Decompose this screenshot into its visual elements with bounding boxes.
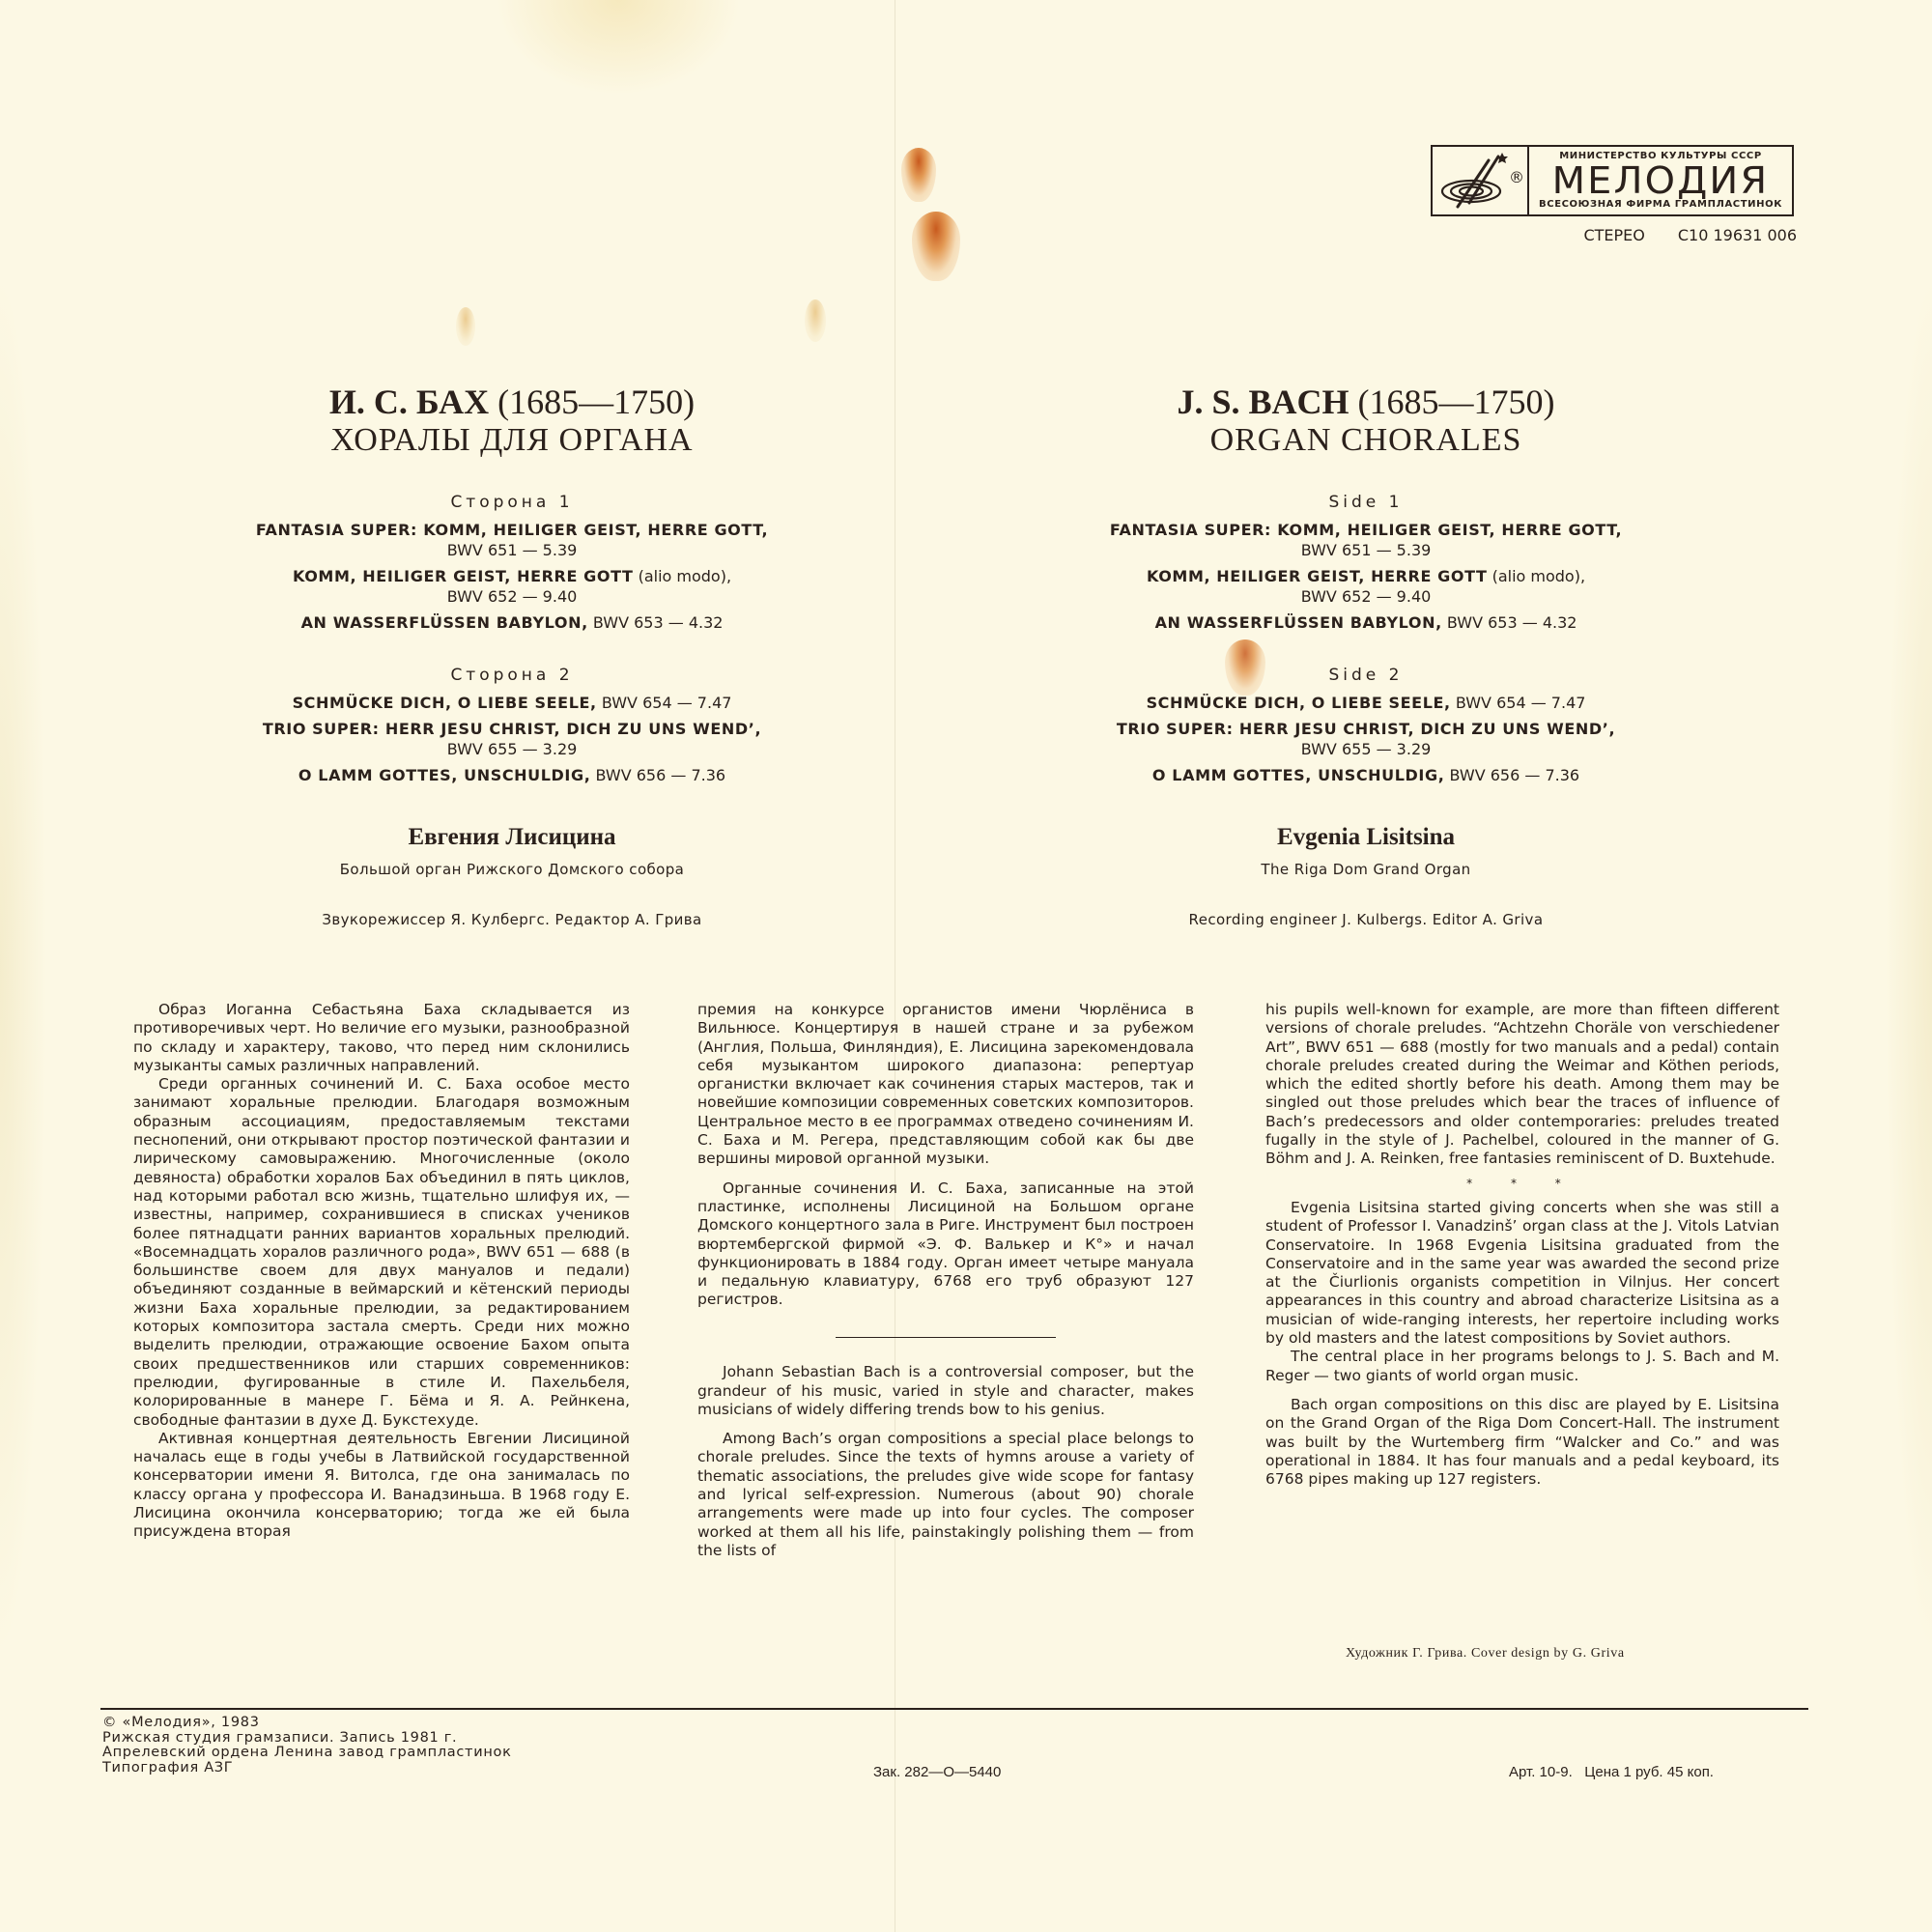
brand-name: МЕЛОДИЯ: [1552, 162, 1769, 199]
notes-paragraph: Evgenia Lisitsina started giving concert…: [1265, 1199, 1779, 1348]
track-item: AN WASSERFLÜSSEN BABYLON, BWV 653 — 4.32: [1028, 612, 1704, 633]
track-bwv-duration: BWV 652 — 9.40: [1301, 587, 1432, 606]
plant-text: Апрелевский ордена Ленина завод грамплас…: [102, 1746, 512, 1761]
side-label: Side 2: [1028, 666, 1704, 685]
track-item: AN WASSERFLÜSSEN BABYLON, BWV 653 — 4.32: [174, 612, 850, 633]
track-bwv-duration: BWV 656 — 7.36: [1449, 766, 1579, 784]
notes-paragraph: Активная концертная деятельность Евгении…: [133, 1430, 630, 1542]
notes-paragraph: his pupils well-known for example, are m…: [1265, 1001, 1779, 1169]
article-price: Арт. 10-9. Цена 1 руб. 45 коп.: [1509, 1764, 1714, 1780]
composer-years: (1685—1750): [497, 383, 695, 421]
album-title: ХОРАЛЫ ДЛЯ ОРГАНА: [174, 421, 850, 460]
track-item: SCHMÜCKE DICH, O LIEBE SEELE, BWV 654 — …: [1028, 693, 1704, 713]
notes-paragraph: Образ Иоганна Себастьяна Баха складывает…: [133, 1001, 630, 1075]
melodiya-emblem-icon: ®: [1433, 147, 1529, 214]
performer-name: Евгения Лисицина: [174, 824, 850, 851]
notes-paragraph: Johann Sebastian Bach is a controversial…: [697, 1363, 1194, 1419]
track-title: TRIO SUPER: HERR JESU CHRIST, DICH ZU UN…: [263, 720, 761, 738]
section-divider: [836, 1337, 1056, 1339]
track-bwv-duration: BWV 654 — 7.47: [602, 694, 732, 712]
side-label: Сторона 1: [174, 493, 850, 512]
track-item: FANTASIA SUPER: KOMM, HEILIGER GEIST, HE…: [1028, 520, 1704, 560]
composer-name: J. S. BACH: [1177, 383, 1349, 421]
album-title: ORGAN CHORALES: [1028, 421, 1704, 460]
track-title: SCHMÜCKE DICH, O LIEBE SEELE,: [1147, 694, 1451, 712]
english-block: J. S. BACH (1685—1750) ORGAN CHORALES Si…: [1028, 383, 1704, 928]
track-item: FANTASIA SUPER: KOMM, HEILIGER GEIST, HE…: [174, 520, 850, 560]
track-title: AN WASSERFLÜSSEN BABYLON,: [301, 613, 588, 632]
stain-spot: [912, 212, 960, 281]
composer-heading: И. С. БАХ (1685—1750): [174, 383, 850, 421]
track-title: O LAMM GOTTES, UNSCHULDIG,: [298, 766, 590, 784]
notes-column-2: премия на конкурсе органистов имени Чюрл…: [697, 1001, 1194, 1560]
track-item: O LAMM GOTTES, UNSCHULDIG, BWV 656 — 7.3…: [174, 765, 850, 785]
track-title: TRIO SUPER: HERR JESU CHRIST, DICH ZU UN…: [1117, 720, 1615, 738]
track-title: O LAMM GOTTES, UNSCHULDIG,: [1152, 766, 1444, 784]
order-number: Зак. 282—О—5440: [873, 1764, 1001, 1780]
notes-paragraph: Органные сочинения И. С. Баха, записанны…: [697, 1179, 1194, 1310]
track-bwv-duration: BWV 652 — 9.40: [447, 587, 578, 606]
track-bwv-duration: BWV 656 — 7.36: [595, 766, 725, 784]
track-bwv-duration: BWV 651 — 5.39: [447, 541, 578, 559]
notes-paragraph: Среди органных сочинений И. С. Баха особ…: [133, 1075, 630, 1430]
printer-text: Типография АЗГ: [102, 1761, 512, 1776]
footer-imprint: © «Мелодия», 1983 Рижская студия грамзап…: [102, 1716, 512, 1776]
studio-text: Рижская студия грамзаписи. Запись 1981 г…: [102, 1731, 512, 1747]
notes-paragraph: премия на конкурсе органистов имени Чюрл…: [697, 1001, 1194, 1169]
track-title: AN WASSERFLÜSSEN BABYLON,: [1155, 613, 1442, 632]
registered-mark: ®: [1509, 168, 1524, 186]
notes-column-1: Образ Иоганна Себастьяна Баха складывает…: [133, 1001, 630, 1542]
catalog-number: С10 19631 006: [1678, 226, 1797, 244]
credits-text: Recording engineer J. Kulbergs. Editor A…: [1028, 911, 1704, 928]
track-item: O LAMM GOTTES, UNSCHULDIG, BWV 656 — 7.3…: [1028, 765, 1704, 785]
track-bwv-duration: BWV 655 — 3.29: [1301, 740, 1432, 758]
track-title: FANTASIA SUPER: KOMM, HEILIGER GEIST, HE…: [1110, 521, 1622, 539]
side-label: Сторона 2: [174, 666, 850, 685]
composer-name: И. С. БАХ: [329, 383, 489, 421]
track-bwv-duration: BWV 653 — 4.32: [1447, 613, 1577, 632]
track-item: SCHMÜCKE DICH, O LIEBE SEELE, BWV 654 — …: [174, 693, 850, 713]
stain-spot: [805, 299, 826, 342]
performer-name: Evgenia Lisitsina: [1028, 824, 1704, 851]
stain-spot: [456, 307, 475, 346]
melodiya-logo: ® МИНИСТЕРСТВО КУЛЬТУРЫ СССР МЕЛОДИЯ ВСЕ…: [1431, 145, 1794, 216]
track-title: KOMM, HEILIGER GEIST, HERRE GOTT: [293, 567, 634, 585]
footer-rule: [100, 1708, 1808, 1710]
notes-paragraph: The central place in her programs belong…: [1265, 1348, 1779, 1385]
track-bwv-duration: BWV 651 — 5.39: [1301, 541, 1432, 559]
track-bwv-duration: BWV 655 — 3.29: [447, 740, 578, 758]
format-label: СТЕРЕО: [1583, 226, 1644, 244]
composer-years: (1685—1750): [1358, 383, 1555, 421]
sleeve-fold-line: [895, 0, 895, 1932]
track-note: (alio modo),: [634, 567, 732, 585]
track-title: KOMM, HEILIGER GEIST, HERRE GOTT: [1147, 567, 1488, 585]
credits-text: Звукорежиссер Я. Кулбергс. Редактор А. Г…: [174, 911, 850, 928]
copyright-text: © «Мелодия», 1983: [102, 1716, 512, 1731]
track-note: (alio modo),: [1488, 567, 1586, 585]
track-bwv-duration: BWV 654 — 7.47: [1456, 694, 1586, 712]
track-bwv-duration: BWV 653 — 4.32: [593, 613, 724, 632]
track-item: TRIO SUPER: HERR JESU CHRIST, DICH ZU UN…: [174, 719, 850, 759]
notes-column-3: his pupils well-known for example, are m…: [1265, 1001, 1779, 1489]
track-title: SCHMÜCKE DICH, O LIEBE SEELE,: [293, 694, 597, 712]
composer-heading: J. S. BACH (1685—1750): [1028, 383, 1704, 421]
notes-paragraph: Among Bach’s organ compositions a specia…: [697, 1430, 1194, 1560]
instrument-text: Большой орган Рижского Домского собора: [174, 861, 850, 878]
catalog-line: СТЕРЕОС10 19631 006: [1507, 226, 1797, 244]
notes-paragraph: Bach organ compositions on this disc are…: [1265, 1396, 1779, 1489]
stain-spot: [901, 148, 936, 202]
side-label: Side 1: [1028, 493, 1704, 512]
tracklist: Side 1FANTASIA SUPER: KOMM, HEILIGER GEI…: [1028, 493, 1704, 785]
instrument-text: The Riga Dom Grand Organ: [1028, 861, 1704, 878]
track-title: FANTASIA SUPER: KOMM, HEILIGER GEIST, HE…: [256, 521, 768, 539]
section-separator: * * *: [1265, 1175, 1779, 1193]
russian-block: И. С. БАХ (1685—1750) ХОРАЛЫ ДЛЯ ОРГАНА …: [174, 383, 850, 928]
tracklist: Сторона 1FANTASIA SUPER: KOMM, HEILIGER …: [174, 493, 850, 785]
track-item: KOMM, HEILIGER GEIST, HERRE GOTT (alio m…: [1028, 566, 1704, 607]
cover-design-credit: Художник Г. Грива. Cover design by G. Gr…: [1346, 1646, 1625, 1662]
track-item: KOMM, HEILIGER GEIST, HERRE GOTT (alio m…: [174, 566, 850, 607]
track-item: TRIO SUPER: HERR JESU CHRIST, DICH ZU UN…: [1028, 719, 1704, 759]
